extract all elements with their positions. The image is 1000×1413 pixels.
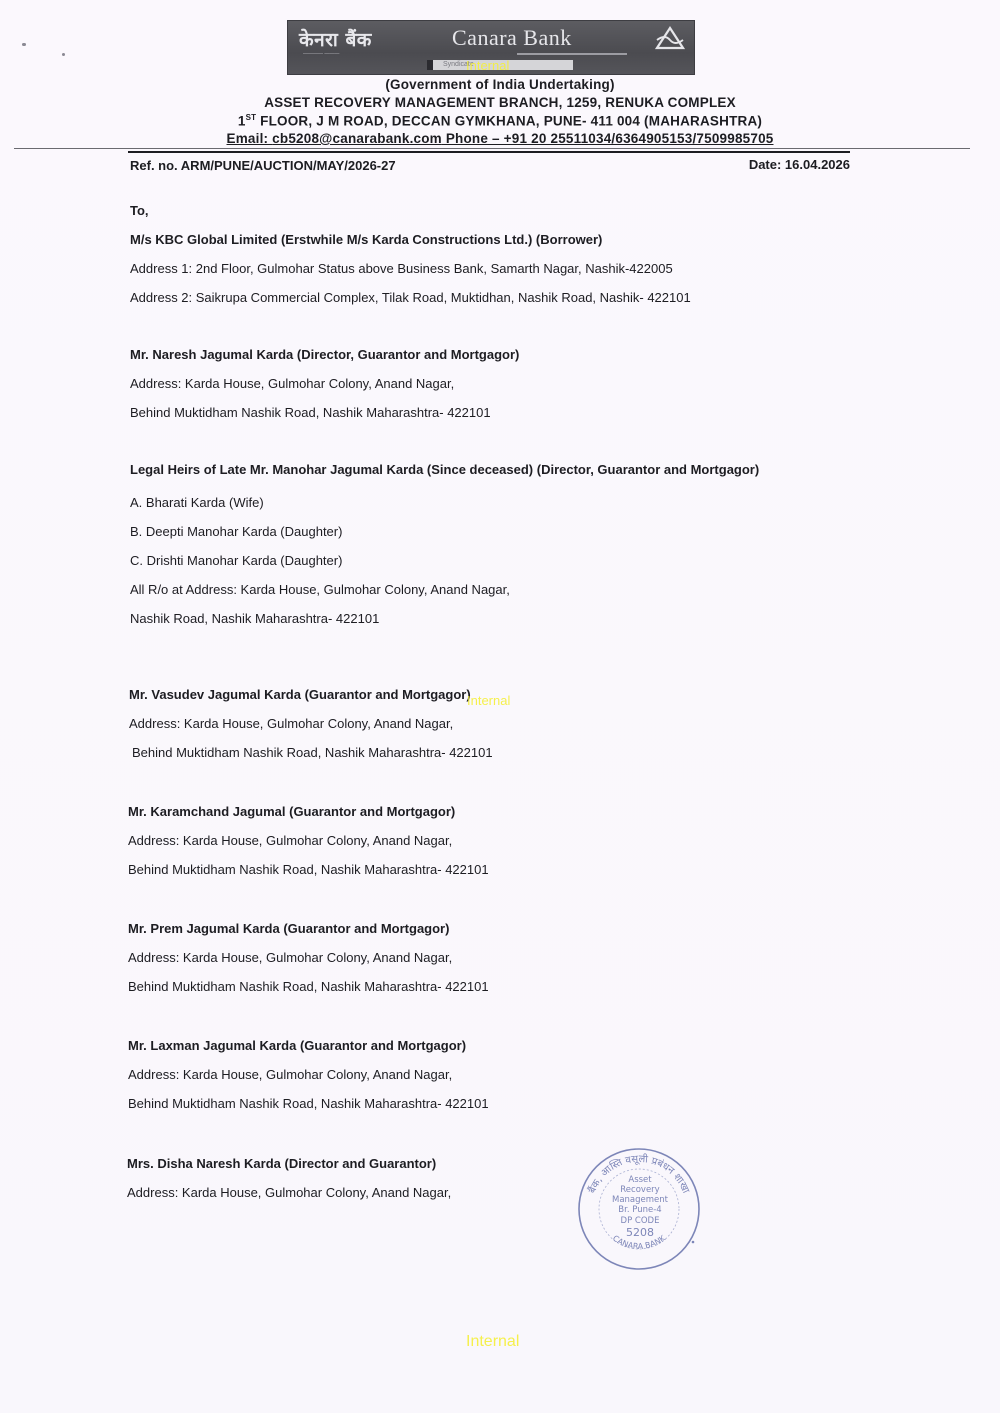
heir-item: C. Drishti Manohar Karda (Daughter): [130, 546, 850, 575]
letter-date: Date: 16.04.2026: [749, 157, 850, 172]
recipient-address: Behind Muktidham Nashik Road, Nashik Mah…: [128, 972, 848, 1001]
stamp-line: Br. Pune-4: [618, 1205, 661, 1215]
recipient-naresh: Mr. Naresh Jagumal Karda (Director, Guar…: [130, 340, 850, 427]
contact-line: Email: cb5208@canarabank.com Phone – +91…: [0, 131, 1000, 146]
recipient-name: Legal Heirs of Late Mr. Manohar Jagumal …: [130, 459, 850, 481]
recipient-karamchand: Mr. Karamchand Jagumal (Guarantor and Mo…: [128, 797, 848, 884]
recipient-name: Mr. Karamchand Jagumal (Guarantor and Mo…: [128, 797, 848, 826]
stamp-line: Asset: [628, 1175, 652, 1185]
recipient-prem: Mr. Prem Jagumal Karda (Guarantor and Mo…: [128, 914, 848, 1001]
recipient-name: Mr. Prem Jagumal Karda (Guarantor and Mo…: [128, 914, 848, 943]
stamp-line: Recovery: [620, 1185, 659, 1195]
logo-subline: [517, 53, 627, 55]
branch-address: 1ST FLOOR, J M ROAD, DECCAN GYMKHANA, PU…: [0, 113, 1000, 129]
bank-name-english: Canara Bank: [452, 25, 572, 51]
recipient-address: All R/o at Address: Karda House, Gulmoha…: [130, 575, 850, 604]
recipient-address: Behind Muktidham Nashik Road, Nashik Mah…: [130, 398, 850, 427]
recipient-name: Mr. Naresh Jagumal Karda (Director, Guar…: [130, 340, 850, 369]
recipient-legal-heirs: Legal Heirs of Late Mr. Manohar Jagumal …: [130, 459, 850, 633]
recipient-address: Address: Karda House, Gulmohar Colony, A…: [128, 826, 848, 855]
stamp-line: Management: [612, 1195, 669, 1205]
stamp-code: 5208: [626, 1226, 654, 1239]
government-undertaking: (Government of India Undertaking): [0, 77, 1000, 92]
watermark-top: Internal: [466, 58, 509, 73]
scan-speck: [22, 43, 26, 46]
recipient-address: Behind Muktidham Nashik Road, Nashik Mah…: [128, 855, 848, 884]
header-divider: [14, 148, 970, 149]
recipient-name: M/s KBC Global Limited (Erstwhile M/s Ka…: [130, 225, 850, 254]
recipient-laxman: Mr. Laxman Jagumal Karda (Guarantor and …: [128, 1031, 848, 1118]
recipient-address: Address: Karda House, Gulmohar Colony, A…: [127, 1178, 847, 1207]
heir-item: A. Bharati Karda (Wife): [130, 488, 850, 517]
bank-seal-stamp: बैंक, आस्ति वसूली प्रबंधन शाखा CANARA BA…: [576, 1146, 702, 1272]
logo-tagline: ———— ———: [303, 51, 339, 57]
recipient-address: Behind Muktidham Nashik Road, Nashik Mah…: [128, 1089, 848, 1118]
recipient-address: Address: Karda House, Gulmohar Colony, A…: [129, 709, 849, 738]
recipient-address: Address: Karda House, Gulmohar Colony, A…: [128, 943, 848, 972]
recipient-address: Address: Karda House, Gulmohar Colony, A…: [128, 1060, 848, 1089]
recipient-address: Behind Muktidham Nashik Road, Nashik Mah…: [129, 738, 849, 767]
recipient-name: Mrs. Disha Naresh Karda (Director and Gu…: [127, 1149, 847, 1178]
reference-number: Ref. no. ARM/PUNE/AUCTION/MAY/2026-27: [130, 158, 396, 173]
recipient-disha: Mrs. Disha Naresh Karda (Director and Gu…: [127, 1149, 847, 1207]
salutation: To,: [130, 196, 850, 225]
letter-page: केनरा बैंक ———— ——— Canara Bank Syndicat…: [0, 0, 1000, 1413]
heir-item: B. Deepti Manohar Karda (Daughter): [130, 517, 850, 546]
scan-speck: [62, 53, 65, 56]
email-link[interactable]: cb5208@canarabank.com: [272, 131, 442, 146]
bank-name-hindi: केनरा बैंक: [299, 26, 372, 52]
canara-triangle-icon: [655, 26, 685, 50]
recipient-borrower: To, M/s KBC Global Limited (Erstwhile M/…: [130, 196, 850, 312]
recipient-address: Address: Karda House, Gulmohar Colony, A…: [130, 369, 850, 398]
branch-name: ASSET RECOVERY MANAGEMENT BRANCH, 1259, …: [0, 95, 1000, 110]
recipient-address: Address 1: 2nd Floor, Gulmohar Status ab…: [130, 254, 850, 283]
recipient-address: Address 2: Saikrupa Commercial Complex, …: [130, 283, 850, 312]
recipient-address: Nashik Road, Nashik Maharashtra- 422101: [130, 604, 850, 633]
stamp-line: DP CODE: [621, 1216, 660, 1226]
header-divider-thick: [128, 151, 850, 153]
watermark-middle: Internal: [467, 693, 510, 708]
watermark-bottom: Internal: [466, 1333, 519, 1351]
recipient-name: Mr. Laxman Jagumal Karda (Guarantor and …: [128, 1031, 848, 1060]
